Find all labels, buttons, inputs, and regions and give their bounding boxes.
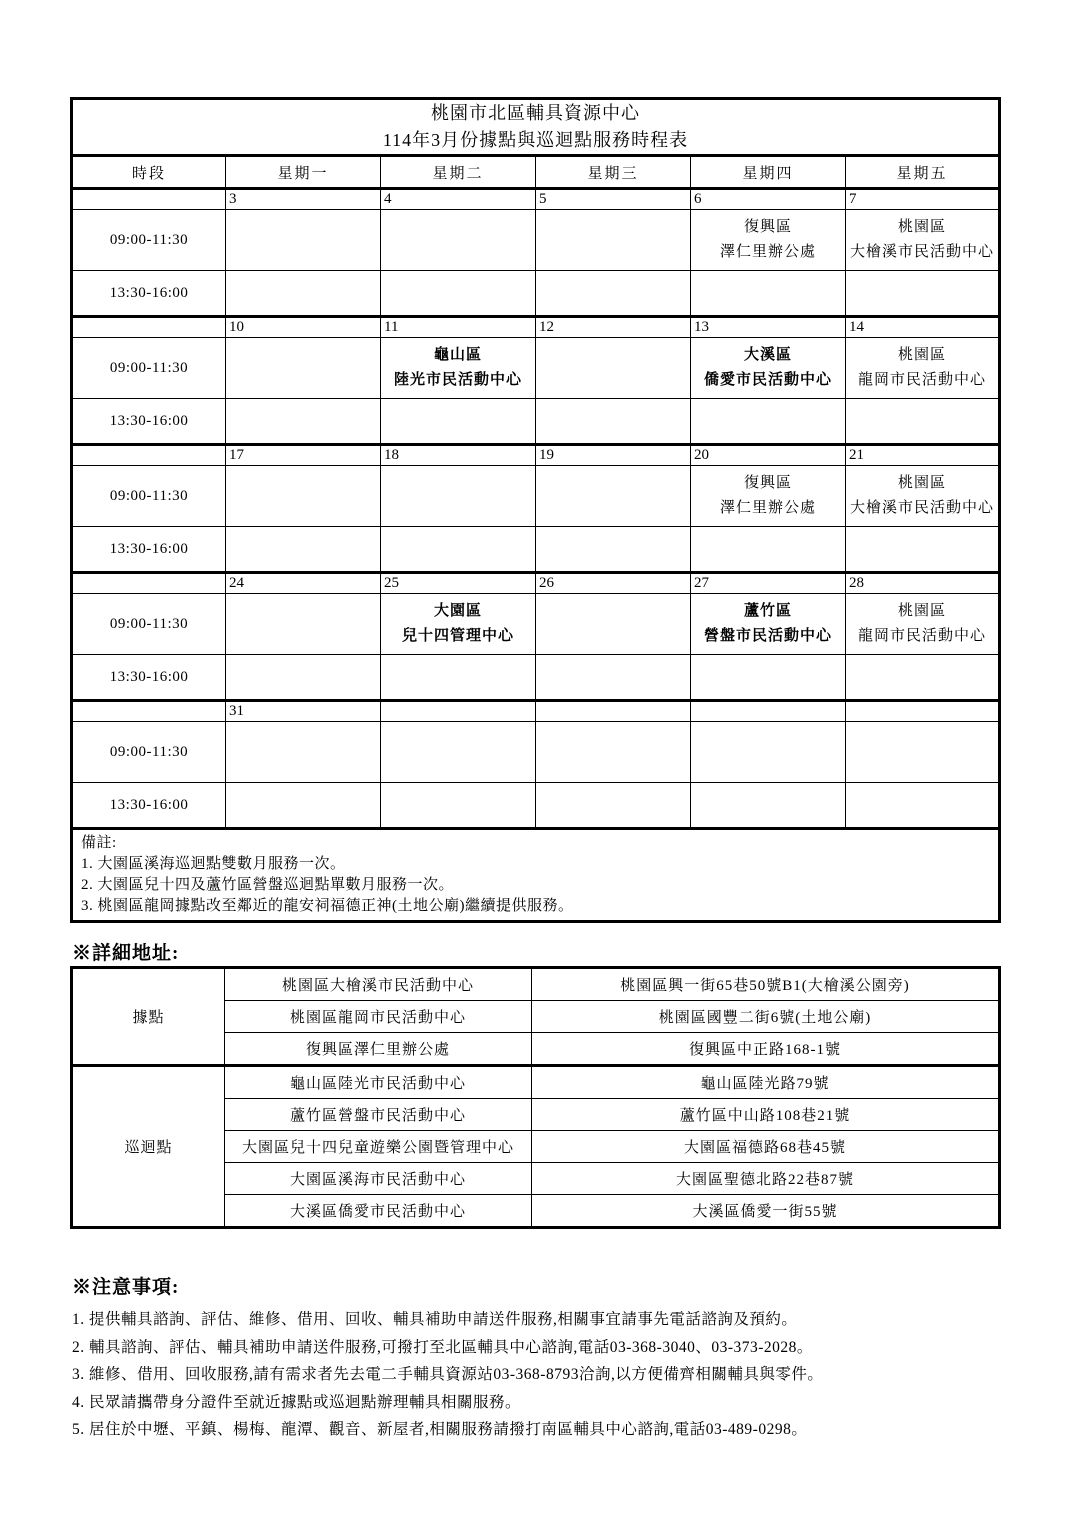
week2-morning-row: 09:00-11:30 龜山區 陸光市民活動中心 大溪區 僑愛市民活動中心 桃園… xyxy=(72,338,1000,399)
week2-afternoon-row: 13:30-16:00 xyxy=(72,399,1000,445)
schedule-cell xyxy=(226,271,381,317)
schedule-cell xyxy=(846,399,1000,445)
header-monday: 星期一 xyxy=(226,156,381,189)
notice-item: 2. 輔具諮詢、評估、輔具補助申請送件服務,可撥打至北區輔具中心諮詢,電話03-… xyxy=(72,1334,1012,1362)
schedule-cell xyxy=(226,399,381,445)
schedule-cell xyxy=(691,783,846,829)
schedule-cell xyxy=(846,527,1000,573)
schedule-cell xyxy=(536,594,691,655)
location-address: 蘆竹區中山路108巷21號 xyxy=(532,1099,1000,1131)
time-label-afternoon: 13:30-16:00 xyxy=(72,527,226,573)
group-label-mobile-points: 巡迴點 xyxy=(72,1066,225,1228)
schedule-cell xyxy=(536,338,691,399)
schedule-cell xyxy=(536,210,691,271)
header-friday: 星期五 xyxy=(846,156,1000,189)
time-label-morning: 09:00-11:30 xyxy=(72,210,226,271)
remark-item: 3. 桃園區龍岡據點改至鄰近的龍安祠福德正神(土地公廟)繼續提供服務。 xyxy=(81,896,990,917)
address-row: 巡迴點 龜山區陸光市民活動中心 龜山區陸光路79號 xyxy=(72,1066,1000,1099)
schedule-cell xyxy=(226,783,381,829)
location-name: 大園區溪海市民活動中心 xyxy=(225,1163,532,1195)
date-cell: 4 xyxy=(381,189,536,210)
schedule-cell xyxy=(381,466,536,527)
group-label-service-points: 據點 xyxy=(72,968,225,1066)
schedule-cell xyxy=(691,271,846,317)
date-cell: 28 xyxy=(846,573,1000,594)
notice-item: 1. 提供輔具諮詢、評估、維修、借用、回收、輔具補助申請送件服務,相關事宜請事先… xyxy=(72,1306,1012,1334)
remarks-section: 備註: 1. 大園區溪海巡迴點雙數月服務一次。 2. 大園區兒十四及蘆竹區營盤巡… xyxy=(72,829,1000,922)
location-address: 大園區聖德北路22巷87號 xyxy=(532,1163,1000,1195)
schedule-cell xyxy=(846,271,1000,317)
location-name: 大園區兒十四兒童遊樂公園暨管理中心 xyxy=(225,1131,532,1163)
date-cell-blank xyxy=(72,573,226,594)
date-cell-blank xyxy=(72,701,226,722)
schedule-cell: 大溪區 僑愛市民活動中心 xyxy=(691,338,846,399)
week3-afternoon-row: 13:30-16:00 xyxy=(72,527,1000,573)
week5-afternoon-row: 13:30-16:00 xyxy=(72,783,1000,829)
table-title-line1: 桃園市北區輔具資源中心 xyxy=(73,100,998,127)
date-cell: 26 xyxy=(536,573,691,594)
schedule-cell: 復興區 澤仁里辦公處 xyxy=(691,466,846,527)
notice-item: 5. 居住於中壢、平鎮、楊梅、龍潭、觀音、新屋者,相關服務請撥打南區輔具中心諮詢… xyxy=(72,1416,1012,1444)
schedule-cell: 復興區 澤仁里辦公處 xyxy=(691,210,846,271)
time-label-morning: 09:00-11:30 xyxy=(72,594,226,655)
location-name: 蘆竹區營盤市民活動中心 xyxy=(225,1099,532,1131)
remarks-row: 備註: 1. 大園區溪海巡迴點雙數月服務一次。 2. 大園區兒十四及蘆竹區營盤巡… xyxy=(72,829,1000,922)
date-cell: 7 xyxy=(846,189,1000,210)
schedule-cell xyxy=(381,210,536,271)
location-name: 大溪區僑愛市民活動中心 xyxy=(225,1195,532,1228)
notice-section: 1. 提供輔具諮詢、評估、維修、借用、回收、輔具補助申請送件服務,相關事宜請事先… xyxy=(72,1306,1012,1444)
schedule-table: 桃園市北區輔具資源中心 114年3月份據點與巡迴點服務時程表 時段 星期一 星期… xyxy=(70,97,1001,923)
location-address: 龜山區陸光路79號 xyxy=(532,1066,1000,1099)
week5-morning-row: 09:00-11:30 xyxy=(72,722,1000,783)
time-label-morning: 09:00-11:30 xyxy=(72,466,226,527)
schedule-cell xyxy=(226,527,381,573)
address-table: 據點 桃園區大檜溪市民活動中心 桃園區興一街65巷50號B1(大檜溪公園旁) 桃… xyxy=(70,966,1001,1229)
schedule-cell xyxy=(381,271,536,317)
document-page: 桃園市北區輔具資源中心 114年3月份據點與巡迴點服務時程表 時段 星期一 星期… xyxy=(0,0,1075,1520)
header-wednesday: 星期三 xyxy=(536,156,691,189)
date-cell: 27 xyxy=(691,573,846,594)
schedule-cell xyxy=(226,655,381,701)
week1-morning-row: 09:00-11:30 復興區 澤仁里辦公處 桃園區 大檜溪市民活動中心 xyxy=(72,210,1000,271)
time-label-afternoon: 13:30-16:00 xyxy=(72,399,226,445)
time-label-afternoon: 13:30-16:00 xyxy=(72,783,226,829)
location-name: 復興區澤仁里辦公處 xyxy=(225,1033,532,1066)
time-label-morning: 09:00-11:30 xyxy=(72,338,226,399)
schedule-cell: 桃園區 大檜溪市民活動中心 xyxy=(846,466,1000,527)
schedule-cell xyxy=(536,399,691,445)
schedule-cell xyxy=(226,210,381,271)
location-name: 桃園區龍岡市民活動中心 xyxy=(225,1001,532,1033)
date-cell: 5 xyxy=(536,189,691,210)
week4-morning-row: 09:00-11:30 大園區 兒十四管理中心 蘆竹區 營盤市民活動中心 桃園區… xyxy=(72,594,1000,655)
schedule-cell xyxy=(846,783,1000,829)
remarks-label: 備註: xyxy=(81,833,990,854)
schedule-cell: 桃園區 龍岡市民活動中心 xyxy=(846,594,1000,655)
schedule-cell xyxy=(381,783,536,829)
location-address: 桃園區國豐二街6號(土地公廟) xyxy=(532,1001,1000,1033)
schedule-cell xyxy=(691,655,846,701)
schedule-cell xyxy=(381,399,536,445)
schedule-cell xyxy=(381,527,536,573)
date-cell: 13 xyxy=(691,317,846,338)
schedule-cell xyxy=(536,527,691,573)
schedule-cell xyxy=(536,722,691,783)
date-cell: 24 xyxy=(226,573,381,594)
date-cell: 17 xyxy=(226,445,381,466)
schedule-cell xyxy=(691,722,846,783)
date-cell xyxy=(381,701,536,722)
week3-morning-row: 09:00-11:30 復興區 澤仁里辦公處 桃園區 大檜溪市民活動中心 xyxy=(72,466,1000,527)
date-cell: 18 xyxy=(381,445,536,466)
schedule-cell: 大園區 兒十四管理中心 xyxy=(381,594,536,655)
location-name: 桃園區大檜溪市民活動中心 xyxy=(225,968,532,1001)
week1-date-row: 3 4 5 6 7 xyxy=(72,189,1000,210)
date-cell: 14 xyxy=(846,317,1000,338)
date-cell xyxy=(691,701,846,722)
schedule-cell xyxy=(226,466,381,527)
location-name: 龜山區陸光市民活動中心 xyxy=(225,1066,532,1099)
location-address: 大園區福德路68巷45號 xyxy=(532,1131,1000,1163)
schedule-cell: 桃園區 龍岡市民活動中心 xyxy=(846,338,1000,399)
address-section-heading: ※詳細地址: xyxy=(72,938,179,965)
time-label-morning: 09:00-11:30 xyxy=(72,722,226,783)
schedule-cell xyxy=(381,722,536,783)
date-cell: 21 xyxy=(846,445,1000,466)
schedule-cell: 桃園區 大檜溪市民活動中心 xyxy=(846,210,1000,271)
schedule-cell: 龜山區 陸光市民活動中心 xyxy=(381,338,536,399)
schedule-cell xyxy=(536,783,691,829)
table-title-row: 桃園市北區輔具資源中心 114年3月份據點與巡迴點服務時程表 xyxy=(72,99,1000,156)
schedule-cell: 蘆竹區 營盤市民活動中心 xyxy=(691,594,846,655)
header-timeslot: 時段 xyxy=(72,156,226,189)
date-cell xyxy=(846,701,1000,722)
table-title-line2: 114年3月份據點與巡迴點服務時程表 xyxy=(73,127,998,154)
date-cell: 12 xyxy=(536,317,691,338)
schedule-cell xyxy=(536,655,691,701)
week4-afternoon-row: 13:30-16:00 xyxy=(72,655,1000,701)
week1-afternoon-row: 13:30-16:00 xyxy=(72,271,1000,317)
date-cell: 19 xyxy=(536,445,691,466)
week4-date-row: 24 25 26 27 28 xyxy=(72,573,1000,594)
date-cell: 10 xyxy=(226,317,381,338)
date-cell-blank xyxy=(72,317,226,338)
notice-item: 4. 民眾請攜帶身分證件至就近據點或巡迴點辦理輔具相關服務。 xyxy=(72,1389,1012,1417)
header-thursday: 星期四 xyxy=(691,156,846,189)
notice-section-heading: ※注意事項: xyxy=(72,1272,179,1299)
weekday-header-row: 時段 星期一 星期二 星期三 星期四 星期五 xyxy=(72,156,1000,189)
schedule-cell xyxy=(846,722,1000,783)
week5-date-row: 31 xyxy=(72,701,1000,722)
schedule-cell xyxy=(536,271,691,317)
date-cell: 31 xyxy=(226,701,381,722)
schedule-cell xyxy=(691,399,846,445)
address-row: 據點 桃園區大檜溪市民活動中心 桃園區興一街65巷50號B1(大檜溪公園旁) xyxy=(72,968,1000,1001)
table-title: 桃園市北區輔具資源中心 114年3月份據點與巡迴點服務時程表 xyxy=(72,99,1000,156)
schedule-cell xyxy=(846,655,1000,701)
date-cell-blank xyxy=(72,189,226,210)
schedule-cell xyxy=(226,338,381,399)
time-label-afternoon: 13:30-16:00 xyxy=(72,655,226,701)
date-cell: 20 xyxy=(691,445,846,466)
remark-item: 2. 大園區兒十四及蘆竹區營盤巡迴點單數月服務一次。 xyxy=(81,875,990,896)
time-label-afternoon: 13:30-16:00 xyxy=(72,271,226,317)
date-cell-blank xyxy=(72,445,226,466)
notice-item: 3. 維修、借用、回收服務,請有需求者先去電二手輔具資源站03-368-8793… xyxy=(72,1361,1012,1389)
header-tuesday: 星期二 xyxy=(381,156,536,189)
date-cell: 25 xyxy=(381,573,536,594)
date-cell: 6 xyxy=(691,189,846,210)
schedule-cell xyxy=(226,594,381,655)
schedule-cell xyxy=(226,722,381,783)
location-address: 大溪區僑愛一街55號 xyxy=(532,1195,1000,1228)
location-address: 桃園區興一街65巷50號B1(大檜溪公園旁) xyxy=(532,968,1000,1001)
week3-date-row: 17 18 19 20 21 xyxy=(72,445,1000,466)
schedule-cell xyxy=(536,466,691,527)
week2-date-row: 10 11 12 13 14 xyxy=(72,317,1000,338)
date-cell: 11 xyxy=(381,317,536,338)
location-address: 復興區中正路168-1號 xyxy=(532,1033,1000,1066)
remark-item: 1. 大園區溪海巡迴點雙數月服務一次。 xyxy=(81,854,990,875)
schedule-cell xyxy=(381,655,536,701)
date-cell: 3 xyxy=(226,189,381,210)
date-cell xyxy=(536,701,691,722)
schedule-cell xyxy=(691,527,846,573)
